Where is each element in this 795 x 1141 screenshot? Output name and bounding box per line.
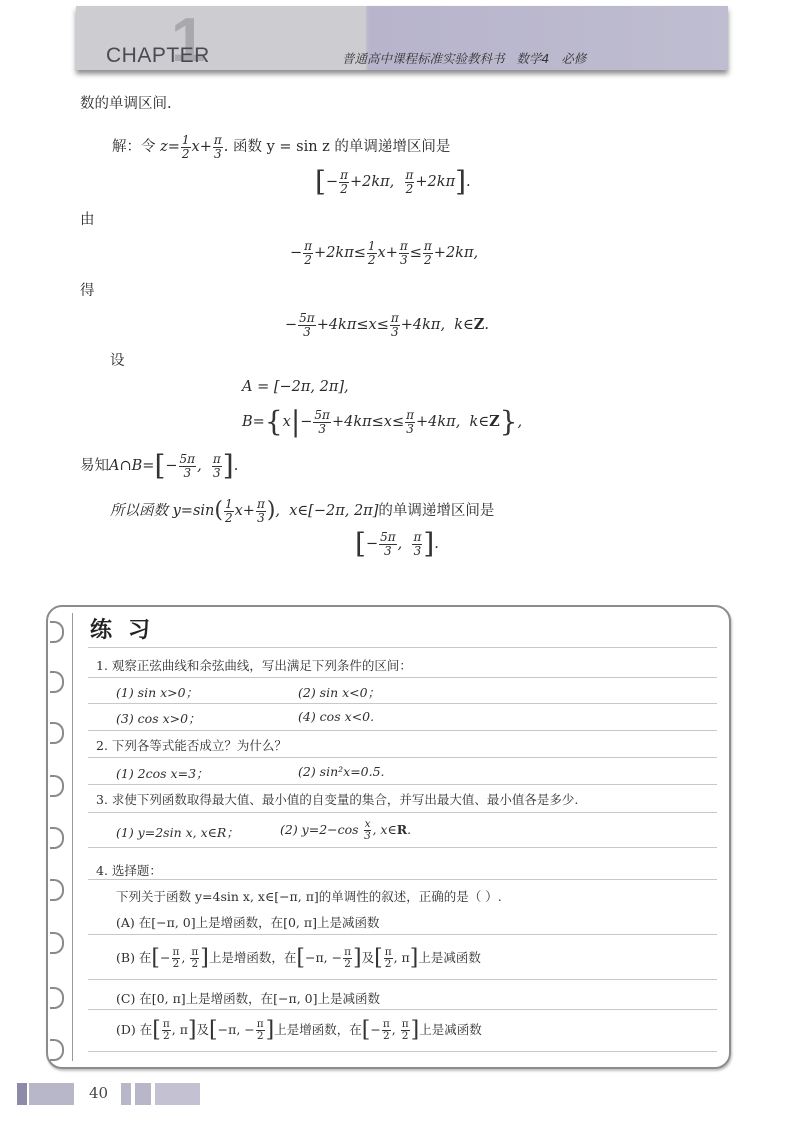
divider — [88, 934, 717, 935]
footer-bar-decoration — [29, 1083, 74, 1105]
conclusion-prefix: 所以函数 — [110, 503, 168, 519]
item-4-option-d: (D) 在[π2, π]及[−π, −π2]上是增函数，在[−π2, π2]上是… — [116, 1019, 482, 1042]
z-definition: z=12x+π3. — [160, 139, 228, 155]
item-1-part-3: (3) cos x>0； — [116, 709, 201, 727]
item-number: 2. — [96, 738, 108, 753]
item-number: 4. — [96, 863, 108, 878]
item-text: 求使下列函数取得最大值、最小值的自变量的集合，并写出最大值、最小值各是多少. — [112, 792, 578, 807]
divider — [88, 1009, 717, 1010]
item-number: 3. — [96, 792, 108, 807]
word-you: 由 — [80, 212, 95, 229]
book-title: 普通高中课程标准实验教科书 数学4 必修 — [342, 49, 586, 67]
solution-prefix: 解：令 — [112, 139, 156, 155]
binder-ring-icon — [50, 879, 64, 901]
solution-mid: 函数 y = sin z 的单调递增区间是 — [233, 139, 450, 155]
divider — [88, 1051, 717, 1052]
binder-ring-icon — [50, 671, 64, 693]
divider — [88, 703, 717, 704]
conclusion-line: 所以函数 y=sin(12x+π3), x∈[−2π, 2π]的单调递增区间是 — [110, 498, 494, 524]
divider — [88, 879, 717, 880]
binder-ring-icon — [50, 932, 64, 954]
exercise-item-3: 3. 求使下列函数取得最大值、最小值的自变量的集合，并写出最大值、最小值各是多少… — [96, 790, 578, 808]
item-3-part-2: (2) y=2−cos x3, x∈R. — [280, 819, 411, 842]
binder-ring-icon — [50, 775, 64, 797]
item-4-option-c: (C) 在[0, π]上是增函数，在[−π, 0]上是减函数 — [116, 989, 380, 1007]
exercise-box: 练习 1. 观察正弦曲线和余弦曲线，写出满足下列条件的区间： (1) sin x… — [46, 605, 731, 1069]
binder-ring-icon — [50, 621, 64, 643]
exercise-item-4: 4. 选择题： — [96, 861, 162, 879]
footer-bar-decoration — [17, 1083, 27, 1105]
intro-line: 数的单调区间. — [80, 96, 172, 113]
final-interval: [−5π3, π3]. — [355, 530, 439, 558]
item-4-option-b: (B) 在[−π2, π2]上是增函数，在[−π, −π2]及[π2, π]上是… — [116, 947, 481, 970]
footer-bar-decoration — [155, 1083, 200, 1105]
divider — [88, 647, 717, 648]
word-she: 设 — [110, 353, 125, 370]
intersection-prefix: 易知 — [80, 458, 109, 474]
solution-line: 解：令 z=12x+π3. 函数 y = sin z 的单调递增区间是 — [112, 134, 450, 160]
item-2-part-2: (2) sin²x=0.5. — [298, 764, 385, 779]
intersection-line: 易知A∩B=[−5π3, π3]. — [80, 452, 238, 480]
item-4-option-a: (A) 在[−π, 0]上是增函数，在[0, π]上是减函数 — [116, 913, 379, 931]
set-a: A = [−2π, 2π], — [242, 379, 349, 396]
item-number: 1. — [96, 658, 108, 673]
binder-ring-icon — [50, 1039, 64, 1061]
divider — [88, 812, 717, 813]
divider — [88, 979, 717, 980]
divider — [88, 847, 717, 848]
item-1-part-1: (1) sin x>0； — [116, 683, 198, 701]
item-4-question: 下列关于函数 y=4sin x, x∈[−π, π]的单调性的叙述，正确的是（ … — [116, 887, 502, 905]
item-1-part-4: (4) cos x<0. — [298, 709, 374, 724]
page-number: 40 — [89, 1084, 108, 1102]
footer-bar-decoration — [135, 1083, 151, 1105]
conclusion-suffix: 的单调递增区间是 — [378, 503, 494, 519]
divider — [88, 730, 717, 731]
exercise-item-1: 1. 观察正弦曲线和余弦曲线，写出满足下列条件的区间： — [96, 656, 412, 674]
item-1-part-2: (2) sin x<0； — [298, 683, 380, 701]
divider — [88, 757, 717, 758]
item-text: 选择题： — [112, 863, 162, 878]
binder-line — [72, 613, 73, 1061]
exercise-item-2: 2. 下列各等式能否成立？为什么？ — [96, 736, 287, 754]
divider — [88, 677, 717, 678]
chapter-header-banner: 1 CHAPTER 普通高中课程标准实验教科书 数学4 必修 — [76, 6, 728, 70]
item-2-part-1: (1) 2cos x=3； — [116, 764, 209, 782]
binder-ring-icon — [50, 722, 64, 744]
inequality-1: −π2+2kπ≤12x+π3≤π2+2kπ, — [290, 240, 478, 266]
chapter-label: CHAPTER — [106, 44, 210, 68]
set-b: B={x|−5π3+4kπ≤x≤π3+4kπ, k∈Z}, — [242, 408, 522, 436]
inequality-2: −5π3+4kπ≤x≤π3+4kπ, k∈Z. — [285, 312, 489, 338]
item-text: 下列各等式能否成立？为什么？ — [112, 738, 287, 753]
exercise-title: 练习 — [90, 613, 166, 644]
interval-increasing: [−π2+2kπ, π2+2kπ]. — [315, 168, 471, 196]
divider — [88, 784, 717, 785]
footer-bar-decoration — [121, 1083, 131, 1105]
item-text: 观察正弦曲线和余弦曲线，写出满足下列条件的区间： — [112, 658, 412, 673]
word-de: 得 — [80, 283, 95, 300]
binder-ring-icon — [50, 827, 64, 849]
item-3-part-1: (1) y=2sin x, x∈R； — [116, 823, 239, 841]
binder-ring-icon — [50, 987, 64, 1009]
